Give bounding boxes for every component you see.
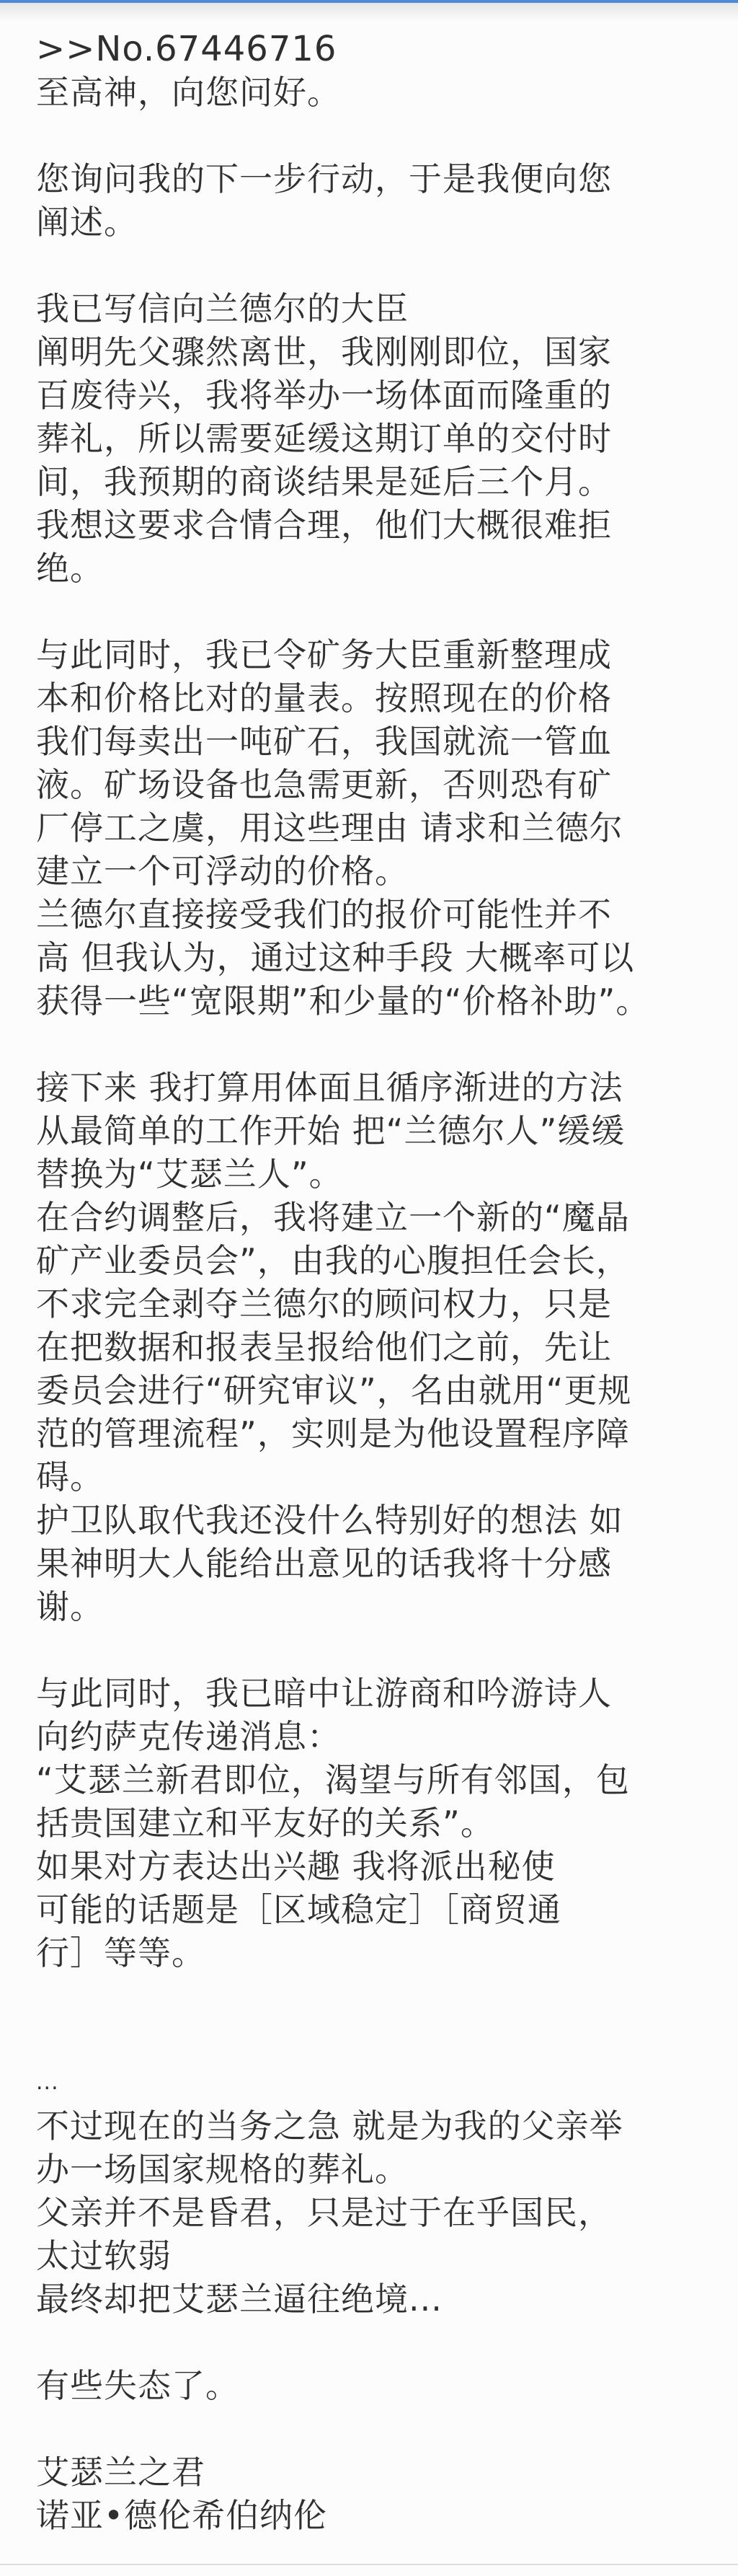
text-line: 父亲并不是昏君，只是过于在乎国民， [36, 2191, 713, 2234]
text-line: 从最简单的工作开始 把“兰德尔人”缓缓 [36, 1109, 713, 1152]
text-line: 委员会进行“研究审议”，名由就用“更规 [36, 1369, 713, 1412]
text-line: 与此同时，我已令矿务大臣重新整理成 [36, 633, 713, 676]
text-line: 替换为“艾瑟兰人”。 [36, 1152, 713, 1196]
greeting-text: 至高神，向您问好。 [36, 71, 713, 114]
aside-text: 有些失态了。 [36, 2364, 713, 2407]
text-line: 括贵国建立和平友好的关系”。 [36, 1801, 713, 1845]
text-line: 百废待兴，我将举办一场体面而隆重的 [36, 374, 713, 417]
text-line: 如果对方表达出兴趣 我将派出秘使 [36, 1845, 713, 1888]
text-line: 最终却把艾瑟兰逼往绝境... [36, 2277, 713, 2321]
text-line: 绝。 [36, 547, 713, 590]
header-shadow [0, 3, 738, 22]
paragraph-diplomacy: 与此同时，我已暗中让游商和吟游诗人 向约萨克传递消息： “艾瑟兰新君即位，渴望与… [36, 1672, 713, 1975]
text-line: 葬礼，所以需要延缓这期订单的交付时 [36, 417, 713, 460]
reply-reference-link[interactable]: >>No.67446716 [36, 27, 713, 71]
paragraph-gap-large [36, 1975, 713, 2061]
text-line: 办一场国家规格的葬礼。 [36, 2148, 713, 2191]
text-line: 可能的话题是［区域稳定］［商贸通 [36, 1888, 713, 1931]
text-line: 高 但我认为，通过这种手段 大概率可以 [36, 936, 713, 979]
text-line: 在合约调整后，我将建立一个新的“魔晶 [36, 1196, 713, 1239]
text-line: 在把数据和报表呈报给他们之前，先让 [36, 1326, 713, 1369]
paragraph-gap [36, 1628, 713, 1672]
paragraph-gap [36, 114, 713, 157]
text-line: 我们每卖出一吨矿石，我国就流一管血 [36, 720, 713, 763]
signature: 艾瑟兰之君 诺亚•德伦希伯纳伦 [36, 2451, 713, 2537]
text-line: “艾瑟兰新君即位，渴望与所有邻国，包 [36, 1758, 713, 1801]
text-line: 不求完全剥夺兰德尔的顾问权力，只是 [36, 1282, 713, 1326]
text-line: 厂停工之虞，用这些理由 请求和兰德尔 [36, 806, 713, 850]
text-line: 范的管理流程”，实则是为他设置程序障 [36, 1412, 713, 1455]
text-line: 护卫队取代我还没什么特别好的想法 如 [36, 1499, 713, 1542]
text-line: 接下来 我打算用体面且循序渐进的方法 [36, 1066, 713, 1109]
text-line: 不过现在的当务之急 就是为我的父亲举 [36, 2104, 713, 2148]
signature-name: 诺亚•德伦希伯纳伦 [36, 2494, 713, 2537]
text-line: 谢。 [36, 1585, 713, 1628]
text-line: 果神明大人能给出意见的话我将十分感 [36, 1542, 713, 1585]
paragraph-gap [36, 2321, 713, 2364]
text-line: 兰德尔直接接受我们的报价可能性并不 [36, 893, 713, 936]
paragraph-delay: 我已写信向兰德尔的大臣 阐明先父骤然离世，我刚刚即位，国家 百废待兴，我将举办一… [36, 287, 713, 590]
text-line: 太过软弱 [36, 2234, 713, 2277]
text-line: 与此同时，我已暗中让游商和吟游诗人 [36, 1672, 713, 1715]
text-line: 获得一些“宽限期”和少量的“价格补助”。 [36, 979, 713, 1023]
text-line: 碍。 [36, 1455, 713, 1499]
paragraph-gap [36, 1023, 713, 1066]
text-line: 阐明先父骤然离世，我刚刚即位，国家 [36, 330, 713, 374]
text-line: 矿产业委员会”，由我的心腹担任会长， [36, 1239, 713, 1282]
paragraph-replace: 接下来 我打算用体面且循序渐进的方法 从最简单的工作开始 把“兰德尔人”缓缓 替… [36, 1066, 713, 1628]
text-line: 向约萨克传递消息： [36, 1715, 713, 1758]
paragraph-intro: 您询问我的下一步行动，于是我便向您 阐述。 [36, 157, 713, 244]
text-line: 本和价格比对的量表。按照现在的价格 [36, 676, 713, 720]
text-line: 我已写信向兰德尔的大臣 [36, 287, 713, 330]
post-body: >>No.67446716 至高神，向您问好。 您询问我的下一步行动，于是我便向… [36, 27, 713, 2537]
text-line: 阐述。 [36, 200, 713, 244]
bottom-divider [0, 2564, 738, 2565]
text-line: 间，我预期的商谈结果是延后三个月。 [36, 460, 713, 503]
text-line: 行］等等。 [36, 1931, 713, 1975]
signature-title: 艾瑟兰之君 [36, 2451, 713, 2494]
ellipsis-text: ... [36, 2061, 713, 2104]
text-line: 我想这要求合情合理，他们大概很难拒 [36, 503, 713, 547]
paragraph-gap [36, 590, 713, 633]
paragraph-gap [36, 2407, 713, 2451]
text-line: 建立一个可浮动的价格。 [36, 850, 713, 893]
paragraph-price: 与此同时，我已令矿务大臣重新整理成 本和价格比对的量表。按照现在的价格 我们每卖… [36, 633, 713, 1023]
paragraph-funeral: 不过现在的当务之急 就是为我的父亲举 办一场国家规格的葬礼。 父亲并不是昏君，只… [36, 2104, 713, 2321]
paragraph-gap [36, 244, 713, 287]
text-line: 您询问我的下一步行动，于是我便向您 [36, 157, 713, 200]
text-line: 液。矿场设备也急需更新，否则恐有矿 [36, 763, 713, 806]
